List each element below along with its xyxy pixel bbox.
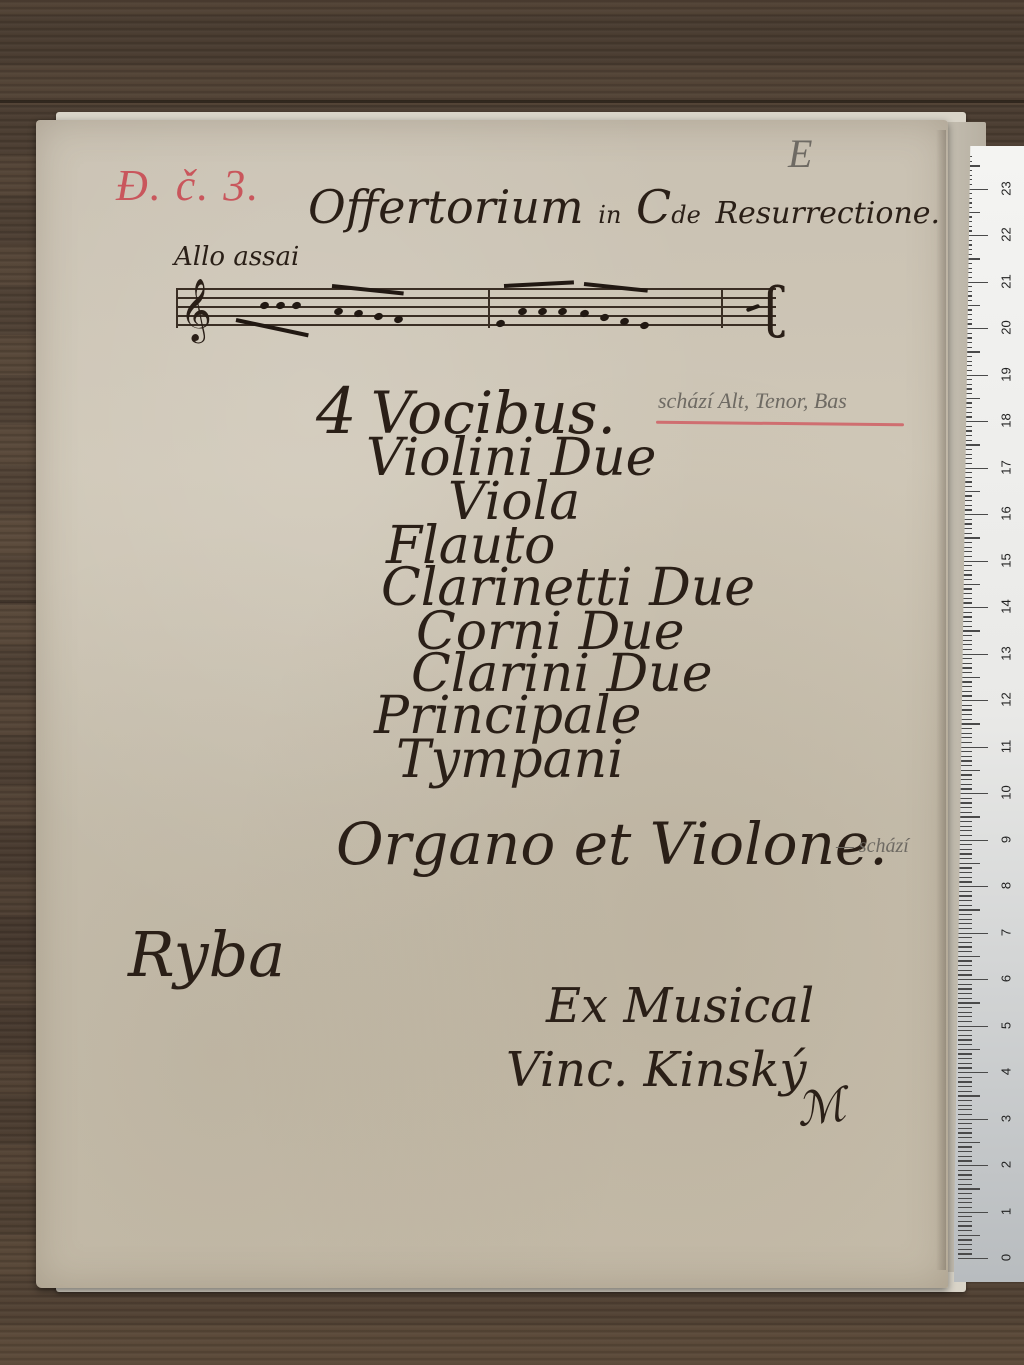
ruler-tick [958,835,972,836]
barline [488,288,490,328]
note-beam [236,318,309,337]
ruler-tick [958,1030,972,1031]
ruler-tick [958,1253,972,1254]
ruler-tick [958,793,988,794]
ruler-tick [958,840,988,841]
staff-line [176,297,776,299]
ruler-tick [958,1114,972,1115]
ownership-line-1: Ex Musical [546,978,814,1034]
ruler-tick [958,1174,972,1175]
ruler-label: 21 [999,269,1014,293]
ruler-tick [958,951,972,952]
ruler-tick [958,1202,972,1203]
ruler-tick [958,1072,988,1073]
note-beam [332,284,404,296]
title-main: Offertorium [308,180,584,234]
ruler-label: 9 [999,827,1014,851]
composer-name: Ryba [128,918,285,991]
ruler-tick [958,1109,972,1110]
voices-number: 4 [316,375,357,449]
ruler-tick [958,1035,972,1036]
ruler-tick [958,1105,972,1106]
ruler-tick [958,1179,972,1180]
ruler-tick [958,1081,972,1082]
ruler-tick [958,770,980,771]
ruler-tick [958,1184,972,1185]
note [639,321,650,331]
note [579,309,590,319]
ruler-tick [958,1026,988,1027]
note [393,315,404,325]
ruler-label: 11 [999,734,1014,758]
ruler-tick [958,979,988,980]
title-de: de [671,201,701,229]
shelfmark-red: Ð. č. 3. [116,160,260,211]
note [275,301,286,311]
ruler-tick [958,1225,972,1226]
ruler-tick [958,1119,988,1120]
ruler-tick [958,1193,972,1194]
ruler-label: 8 [999,874,1014,898]
ruler-tick [958,1044,972,1045]
ruler-label: 4 [999,1060,1014,1084]
ruler-tick [958,1128,972,1129]
ruler-tick [958,1100,972,1101]
ruler-tick [958,895,972,896]
ruler-tick [958,974,972,975]
ruler-label: 3 [999,1106,1014,1130]
ruler-tick [958,858,972,859]
ruler-tick [958,867,972,868]
ruler-tick [958,1188,980,1189]
ruler-label: 1 [999,1199,1014,1223]
ruler-tick [958,1067,972,1068]
ruler-tick [958,946,972,947]
ruler-tick [958,1012,972,1013]
ruler-tick [958,872,972,873]
ruler-label: 22 [999,223,1014,247]
ruler-tick [958,1132,972,1133]
ruler-tick [958,1151,972,1152]
ruler-label: 5 [999,1013,1014,1037]
ruler-tick [958,909,980,910]
ruler-tick [958,914,972,915]
ruler-label: 12 [999,688,1014,712]
ruler-tick [958,1146,972,1147]
ruler-tick [958,1086,972,1087]
ruler-tick [958,1142,980,1143]
ruler-label: 14 [999,595,1014,619]
title-key: C [636,180,671,234]
ruler-tick [958,816,980,817]
ruler-tick [958,1221,972,1222]
ruler-tick [958,1198,972,1199]
ruler-tick [958,1063,972,1064]
barline [176,288,178,328]
ruler-tick [958,1235,980,1236]
ruler-tick [958,1212,988,1213]
ruler-tick [958,900,972,901]
note [353,309,364,319]
ruler-tick [958,1249,972,1250]
ruler-tick [958,970,972,971]
ruler-tick [958,984,972,985]
ruler-tick [958,993,972,994]
tempo-marking: Allo assai [174,242,299,272]
pencil-annotation-voices: schází Alt, Tenor, Bas [658,388,847,414]
ruler-tick [958,1207,972,1208]
treble-clef-icon: 𝄞 [180,278,212,342]
ruler-label: 0 [999,1246,1014,1270]
ruler-label: 16 [999,502,1014,526]
ruler-tick [958,830,972,831]
ruler-tick [958,1230,972,1231]
title-in: in [598,201,621,229]
ruler-tick [958,1123,972,1124]
ruler-tick [958,1007,972,1008]
title-rest: Resurrectione. [715,196,940,231]
ruler-tick [958,853,972,854]
note [373,312,384,322]
ownership-line-2: Vinc. Kinský [506,1042,806,1098]
ruler-tick [958,937,972,938]
ruler-label: 17 [999,455,1014,479]
ruler-label: 19 [999,362,1014,386]
ruler-tick [958,877,972,878]
title: Offertorium in Cde Resurrectione. [308,180,940,234]
ruler-tick [958,1091,972,1092]
ruler-tick [958,942,972,943]
ruler-tick [958,1039,972,1040]
ruler-tick [958,933,988,934]
ruler-tick [958,956,980,957]
ruler-tick [958,1170,972,1171]
ruler-tick [958,1160,972,1161]
ruler-tick [958,905,972,906]
ruler-tick [958,844,972,845]
ruler-tick [958,849,972,850]
corner-pencil-mark: E [788,130,812,177]
barline [721,288,723,328]
ruler-tick [958,700,988,701]
ruler-tick [958,1077,972,1078]
continuo-line: Organo et Violone. [336,810,888,878]
ruler-tick [958,1137,972,1138]
ruler-tick [958,881,972,882]
ruler-label: 18 [999,409,1014,433]
note [599,313,610,323]
ruler-label: 13 [999,641,1014,665]
note [291,301,302,311]
staff-line [176,288,776,290]
note [259,301,270,311]
ruler-tick [958,1021,972,1022]
ruler-tick [958,1258,988,1259]
manuscript-cover: Ð. č. 3. E Offertorium in Cde Resurrecti… [36,120,948,1288]
half-note [746,304,761,313]
ruler-tick [958,928,972,929]
ruler-label: 15 [999,548,1014,572]
ruler-label: 20 [999,316,1014,340]
ruler-label: 7 [999,920,1014,944]
wood-plank-gap [0,100,1024,103]
ruler-tick [958,1095,980,1096]
ruler-tick [958,1156,972,1157]
ruler-tick [958,891,972,892]
ruler-label: 10 [999,781,1014,805]
ruler-label: 2 [999,1153,1014,1177]
instrument-tympani: Tympani [396,730,624,790]
ruler-tick [958,1244,972,1245]
ruler-tick [958,965,972,966]
paper-edge-shadow [936,130,946,1270]
ruler-tick [958,1053,972,1054]
red-underline [656,421,904,427]
ruler-tick [958,1165,988,1166]
music-incipit-staff: 𝄞 ʗ [176,288,776,328]
ruler-tick [958,988,972,989]
ruler-tick [958,998,972,999]
ruler-tick [958,923,972,924]
ruler-tick [958,863,980,864]
ruler-tick [958,1216,972,1217]
signature-flourish: ℳ [792,1077,848,1137]
ruler-tick [958,886,988,887]
ruler-label: 6 [999,967,1014,991]
ruler-tick [958,1239,972,1240]
ruler-tick [958,960,972,961]
pencil-annotation-continuo: — schází [836,835,909,858]
ruler-tick [958,1016,972,1017]
ruler-tick [958,1058,972,1059]
ruler-label: 23 [999,176,1014,200]
ruler-tick [958,747,988,748]
ruler-tick [958,1049,980,1050]
final-flourish-icon: ʗ [764,276,787,339]
ruler-tick [958,1002,980,1003]
staff-line [176,315,776,317]
note-beam [504,280,574,288]
note [495,319,506,329]
ruler-tick [958,919,972,920]
